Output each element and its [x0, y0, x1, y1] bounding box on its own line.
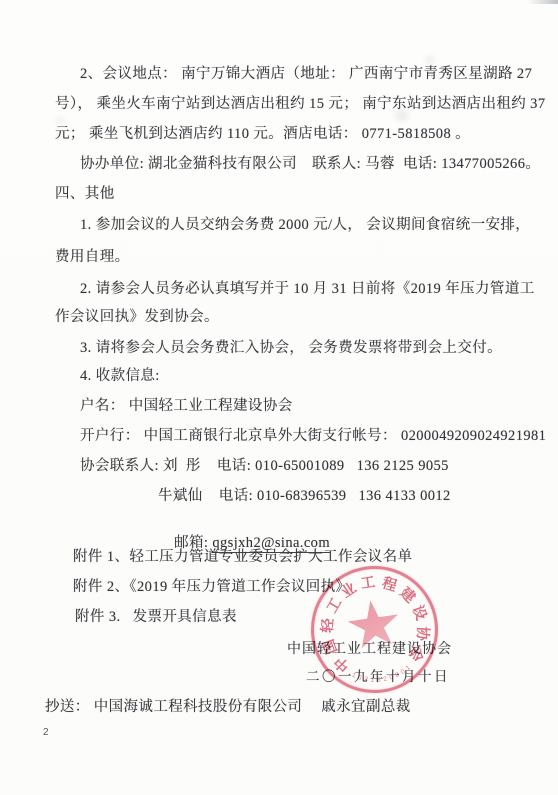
reply-line-1: 2. 请参会人员务必认真填写并于 10 月 31 日前将《2019 年压力管道工 [80, 277, 535, 298]
bank-account-line: 开户行： 中国工商银行北京阜外大街支行帐号： 02000492090249219… [80, 424, 546, 445]
section-4-heading: 四、其他 [55, 182, 115, 203]
venue-line-3: 元； 乘坐飞机到达酒店约 110 元。酒店电话： 0771-5818508 。 [55, 122, 470, 143]
fee-line-1: 1. 参加会议的人员交纳会务费 2000 元/人， 会议期间食宿统一安排， [80, 213, 530, 234]
payment-info-heading: 4. 收款信息: [80, 364, 160, 385]
fee-line-2: 费用自理。 [55, 245, 130, 266]
signature-organization: 中国轻工业工程建设协会 [287, 638, 452, 658]
scanned-document-page: 2、会议地点： 南宁万锦大酒店（地址： 广西南宁市青秀区星湖路 27 号）， 乘… [0, 0, 558, 795]
account-name-line: 户名： 中国轻工业工程建设协会 [80, 394, 293, 415]
reply-line-2: 作会议回执》发到协会。 [55, 305, 219, 326]
attachment-3-line: 附件 3. 发票开具信息表 [75, 605, 237, 626]
venue-line-2: 号）， 乘坐火车南宁站到达酒店出租约 15 元； 南宁东站到达酒店出租约 37 [55, 92, 545, 113]
scan-artifact [528, 0, 558, 4]
remittance-line: 3. 请将参会人员会务费汇入协会， 会务费发票将带到会上交付。 [80, 336, 502, 357]
contact-line-1: 协会联系人: 刘 彤 电话: 010-65001089 136 2125 905… [80, 454, 449, 475]
cc-line: 抄送： 中国海诚工程科技股份有限公司 戚永宜副总裁 [45, 695, 411, 716]
contact-line-2: 牛斌仙 电话: 010-68396539 136 4133 0012 [158, 484, 451, 505]
page-number: 2 [43, 727, 49, 738]
cohost-line: 协办单位: 湖北金猫科技有限公司 联系人: 马蓉 电话: 13477005266… [80, 152, 540, 173]
attachment-2-line: 附件 2、《2019 年压力管道工作会议回执》 [73, 575, 350, 596]
attachment-1-line: 附件 1、轻工压力管道专业委员会扩大工作会议名单 [73, 545, 412, 566]
signature-date: 二〇一九年十月十日 [306, 665, 450, 685]
venue-line-1: 2、会议地点： 南宁万锦大酒店（地址： 广西南宁市青秀区星湖路 27 [80, 62, 532, 83]
